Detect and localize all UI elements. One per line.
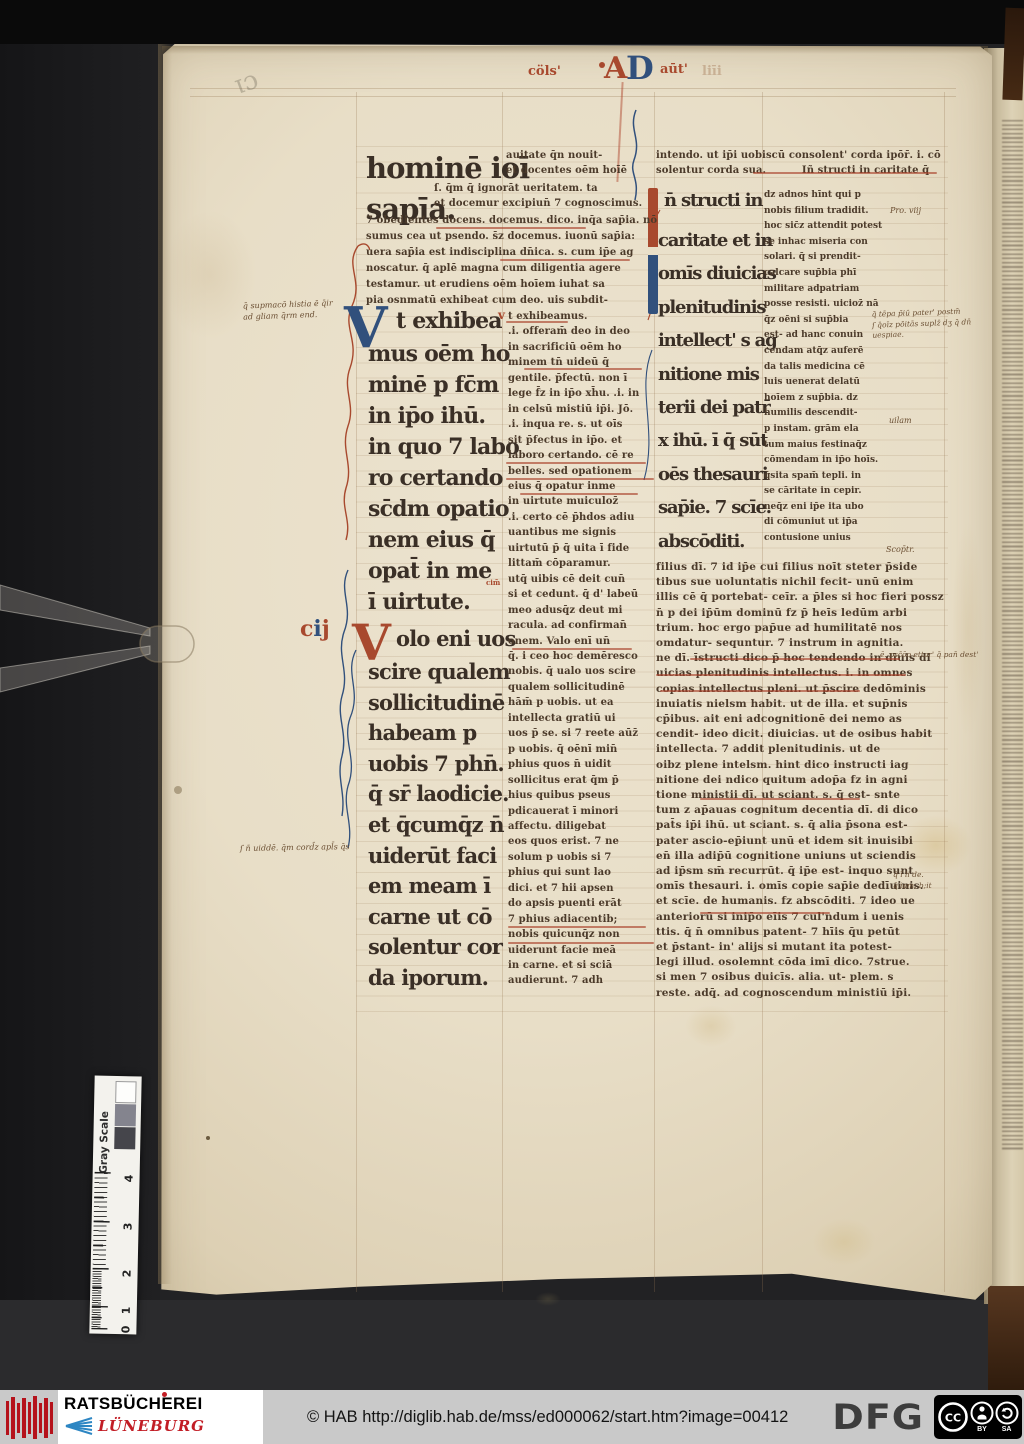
text-line: est- ad hanc conuin <box>764 328 882 344</box>
library-logo-box: RATSBÜCHEREI LÜNEBURG <box>58 1390 263 1444</box>
text-line: scire qualem <box>368 657 510 688</box>
margin-note-right-3: uilam <box>889 416 912 427</box>
text-line: et p̄stant- in' alijs si mutant ita pote… <box>656 940 944 955</box>
book-bars-icon <box>4 1393 58 1441</box>
running-title-right: aūt' <box>660 62 688 77</box>
red-underline <box>508 926 646 928</box>
text-line: caritate et in <box>658 224 777 257</box>
stain <box>535 1292 561 1306</box>
red-underline <box>700 912 830 914</box>
text-line: inuiatis nielsm habit. ut de illa. et su… <box>656 697 944 712</box>
text-line: q̄. i ceo hoc demēresco <box>508 649 639 664</box>
bible-line-first: t exhibea <box>396 308 502 334</box>
text-line: contusione unius <box>764 531 882 547</box>
text-line: em meam ī <box>368 871 510 902</box>
dfg-logo: DFG <box>832 1397 924 1437</box>
page-top-edge-shadow <box>162 46 988 54</box>
text-line: sc̄dm opatio <box>368 494 519 525</box>
text-line: p instam. grām ela <box>764 422 882 438</box>
text-line: hām̄ p uobis. ut ea <box>508 695 639 710</box>
text-line: sumus cea ut psendo. s̄z docemus. iuonū … <box>366 229 657 245</box>
text-line: et docentes oēm hoīē <box>506 163 627 178</box>
text-line: sollicitus erat q̄m p̄ <box>508 773 639 788</box>
text-line: nitione mis <box>658 358 777 391</box>
bible-line-first-2: olo eni uos <box>396 626 516 651</box>
red-underline <box>700 798 860 800</box>
gloss-top-b: ſ. q̄m q̄ ignorāt ueritatem. taet docemu… <box>434 181 642 212</box>
text-line: cendit- ideo dicit. diuicias. ut de osib… <box>656 727 944 742</box>
gloss-top-a: auitate q̄n nouit-et docentes oēm hoīē <box>506 148 627 179</box>
text-line: phius quos n̄ uidit <box>508 757 639 772</box>
facing-page-text-edge <box>1002 120 1023 1150</box>
book-fan-icon <box>64 1415 94 1437</box>
text-line: intellect' s ag <box>658 324 777 357</box>
text-line: tum maius festinaq̄z <box>764 438 882 454</box>
text-line: et docemur excipiun̄ 7 cognoscimus. <box>434 196 642 211</box>
text-line: uiderunt facie meā <box>508 943 639 958</box>
attribution-text: © HAB http://diglib.hab.de/mss/ed000062/… <box>263 1408 832 1427</box>
bible-text-volo: scire qualemsollicitudinēhabeam puobis 7… <box>368 657 510 994</box>
grayscale-ruler: Gray Scale 4 3 2 1 0 <box>89 1076 141 1335</box>
cc-by-label: BY <box>977 1426 987 1433</box>
stain <box>952 520 984 740</box>
text-line: .i. inqua re. s. ut oīs <box>508 417 639 432</box>
text-line: qualem sollicitudinē <box>508 680 639 695</box>
text-line: oibz plene intelsm. hint dico instructi … <box>656 758 944 773</box>
bible-text-instructi: caritate et inomīs diuiciasplenitudinisi… <box>658 224 777 558</box>
gloss-right-narrow-column: dz adnos hīnt qui pnobis filium tradidit… <box>764 188 882 547</box>
text-line: tibus sue uoluntatis nichil fecit- unū e… <box>656 575 944 590</box>
text-line: .i. certo cē p̄hdos adiu <box>508 510 639 525</box>
red-underline <box>500 259 630 261</box>
cc-sa-icon: SA <box>995 1401 1019 1433</box>
stain <box>812 1218 876 1266</box>
margin-note-right-5: ē. psc̄ōo ettar' q̄ pan̄ dest' <box>880 650 978 661</box>
chapter-letter: c <box>300 616 313 642</box>
text-line: omīs diuicias <box>658 257 777 290</box>
margin-note-right-2: q̄ tēpa p̄iū pater' postm̄ſ q̄oīz pōitās… <box>871 306 971 341</box>
cc-license-box: CC BY SA <box>934 1395 1022 1439</box>
text-line: luis uenerat delatū <box>764 375 882 391</box>
book-corner-top-right <box>1002 8 1024 101</box>
text-line: in uirtute muiculoz̄ <box>508 494 639 509</box>
ruler-major-ticks <box>89 1076 141 1335</box>
text-line: et q̄cumq̄z n̄ <box>368 810 510 841</box>
text-line: testamur. ut erudiens oēm hoīem iuhat sa <box>366 277 657 293</box>
text-line: racula. ad confirman̄ <box>508 618 639 633</box>
ruler-number: 1 <box>120 1306 133 1314</box>
cc-sa-label: SA <box>1002 1426 1012 1433</box>
red-underline <box>506 321 568 323</box>
text-line: auitate q̄n nouit- <box>506 148 627 163</box>
text-line: posse resisti. uicioz̄ nā <box>764 297 882 313</box>
stain <box>685 1005 737 1047</box>
text-line: si men 7 osibus duicīs. alia. ut- plem. … <box>656 970 944 985</box>
header-red-dot <box>599 62 605 68</box>
header-rule <box>190 88 956 89</box>
text-line: se cāritate in cepir. <box>764 484 882 500</box>
red-underline <box>520 493 638 495</box>
text-line: hoc sic̄z attendit potest <box>764 219 882 235</box>
ink-speck <box>206 1136 210 1140</box>
screenshot-root: cı cöls' A D aūt' liīi hominē ioīsapīa. … <box>0 0 1024 1444</box>
text-line: pdicauerat ī minori <box>508 804 639 819</box>
text-line: q̄ ī li de. <box>893 870 932 881</box>
text-line: mus oēm ho <box>368 339 519 370</box>
text-line: dz adnos hīnt qui p <box>764 188 882 204</box>
text-line: sap̄ie. 7 scīe. <box>658 491 777 524</box>
text-line: in sacrificiū oēm ho <box>508 340 639 355</box>
red-underline <box>660 690 860 692</box>
pen-flourish-left-2 <box>340 640 370 860</box>
text-line: uirtutū p̄ q̄ uita ī fide <box>508 541 639 556</box>
bible-line-first-3: n̄ structi in <box>664 190 762 211</box>
column-rule <box>944 92 945 1292</box>
text-line: .i. offeram̄ deo in deo <box>508 324 639 339</box>
text-line: gentile. p̄fectū. non ī <box>508 371 639 386</box>
photo-bottom-background <box>0 1300 1024 1392</box>
text-line: calcare sup̄bia phī <box>764 266 882 282</box>
text-line: onem. Valo enī un̄ <box>508 634 639 649</box>
text-line: do apsis puenti erāt <box>508 896 639 911</box>
ruler-number: 4 <box>122 1174 135 1182</box>
footer-bar: RATSBÜCHEREI LÜNEBURG © HAB http://digli… <box>0 1390 1024 1444</box>
text-line: ttis. q̄ n̄ omnibus patent- 7 hīis q̄u p… <box>656 925 944 940</box>
page-clamp <box>0 540 220 700</box>
red-underline <box>753 172 937 174</box>
running-title-initial-a: A <box>604 54 627 84</box>
library-logo: RATSBÜCHEREI LÜNEBURG <box>0 1390 263 1444</box>
text-line: neq̄z eni ip̄e ita ubo <box>764 500 882 516</box>
book-corner-bottom-right <box>988 1286 1024 1392</box>
text-line: intellecta gratiū ui <box>508 711 639 726</box>
running-title-left: cöls' <box>528 64 561 79</box>
text-line: ſ. q̄m q̄ ignorāt ueritatem. ta <box>434 181 642 196</box>
red-underline <box>506 478 654 480</box>
text-line: cōmendam in ip̄o hoīs. <box>764 453 882 469</box>
text-line: intellecta. 7 addit plenitudinis. ut de <box>656 742 944 757</box>
text-line: pat̄s ip̄i ihū. ut sciant. s. q̄ alia p̄… <box>656 818 944 833</box>
text-line: eos quos erist. 7 ne <box>508 834 639 849</box>
text-line: cp̄ibus. ait eni adcognitionē dei nemo a… <box>656 712 944 727</box>
text-line: legi illud. osolemnt cōda imī dico. 7str… <box>656 955 944 970</box>
text-line: x ihū. ī q̄ sūt <box>658 424 777 457</box>
text-line: lege f̄z in ip̄o xh̄u. .i. in <box>508 386 639 401</box>
text-line: minē p fc̄m <box>368 370 519 401</box>
chapter-letter: i <box>313 616 321 642</box>
text-line: pater ascio-ep̄iunt unū et idem sit inui… <box>656 834 944 849</box>
text-line: q̄ iam. b;it <box>893 881 932 892</box>
library-name: RATSBÜCHEREI <box>64 1394 257 1414</box>
margin-note-pro-viij: Pro. viij <box>890 206 921 217</box>
text-line: in celsū mistiū ip̄i. Jō. <box>508 402 639 417</box>
red-underline <box>512 648 632 650</box>
text-line: q̄ sr̄ laodicie. <box>368 779 510 810</box>
text-line: hoīem z sup̄bia. dz <box>764 391 882 407</box>
text-line: noscatur. q̄ aplē magna cum diligentia a… <box>366 261 657 277</box>
text-line: omdatur- sequntur. 7 instrum in agnitia. <box>656 636 944 651</box>
text-line: nobis filium tradidit. <box>764 204 882 220</box>
chapter-marker: cij <box>300 616 330 642</box>
text-line: ro certando <box>368 463 519 494</box>
text-line: solari. q̄ si prendit- <box>764 250 882 266</box>
text-line: uantibus me signis <box>508 525 639 540</box>
running-title-initial-d: D <box>626 52 654 84</box>
text-line: nobis. q̄ ualo uos scire <box>508 664 639 679</box>
text-line: solum p uobis si 7 <box>508 850 639 865</box>
text-line: humilis descendit- <box>764 406 882 422</box>
text-line: utq̄ uibis cē deit cun̄ <box>508 572 639 587</box>
text-line: illis cē q̄ portebat- ceīr. a p̄les si h… <box>656 590 944 605</box>
text-line: affectu. diligebat <box>508 819 639 834</box>
text-line: si et cedunt. q̄ d' labeū <box>508 587 639 602</box>
ruler-number: 0 <box>119 1325 132 1333</box>
text-line: n̄ p dei ip̄ūm dominū fz p̄ heīs ledūm a… <box>656 606 944 621</box>
text-line: littam̄ cōparamur. <box>508 556 639 571</box>
text-line: da iporum. <box>368 963 510 994</box>
text-line: abscōditi. <box>658 525 777 558</box>
text-line: p uobis. q̄ oēnī min̄ <box>508 742 639 757</box>
svg-text:CC: CC <box>945 1412 961 1425</box>
text-line: tum z ap̄auas cognitum decentia dī. di d… <box>656 803 944 818</box>
text-line: da talis medicina cē <box>764 360 882 376</box>
text-line: in carne. et si sciā <box>508 958 639 973</box>
red-underline <box>508 942 654 944</box>
cc-icon: CC <box>937 1401 969 1433</box>
text-line: cendam atq̄z auferē <box>764 344 882 360</box>
text-line: nitione dei ndico quitum adop̄a fz in ag… <box>656 773 944 788</box>
red-underline <box>506 462 646 464</box>
text-line: sollicitudinē <box>368 688 510 719</box>
margin-note-left-2: ſ n̄ uiddē. q̄m cord̄z apl̄s q̄s <box>240 842 350 854</box>
text-line: phius qui sunt lao <box>508 865 639 880</box>
logo-red-dot <box>162 1392 167 1397</box>
text-line: en̄ illa adip̄ū cognitione uniuns ut sci… <box>656 849 944 864</box>
margin-note-left-1: q̄ supmacō histia ē q̄irad gliam q̄rm en… <box>243 298 334 322</box>
library-city: LÜNEBURG <box>98 1417 205 1435</box>
bible-text-ut-exhibeamus: mus oēm hominē p fc̄min ip̄o ihū.in quo … <box>368 339 519 618</box>
text-line: carne ut cō <box>368 902 510 933</box>
text-line: in ip̄o ihū. <box>368 401 519 432</box>
text-line: audierunt. 7 adh <box>508 973 639 988</box>
text-line: dici. et 7 hii apsen <box>508 881 639 896</box>
red-underline <box>524 368 642 370</box>
text-line: terii dei patr̄ <box>658 391 777 424</box>
gloss-right-top: intendo. ut ip̄i uobiscū consolent' cord… <box>656 148 941 179</box>
running-title-faint: liīi <box>702 64 722 79</box>
margin-note-mid-red: cim̃ <box>486 578 500 587</box>
text-line: pia osnmatū exhibeat cum deo. uis subdit… <box>366 293 657 309</box>
red-underline <box>436 227 586 229</box>
text-line: meo adusq̄z deut mi <box>508 603 639 618</box>
gloss-right-wide-block: filius dī. 7 id ip̄e cui filius noīt ste… <box>656 560 944 1001</box>
text-line: intendo. ut ip̄i uobiscū consolent' cord… <box>656 148 941 163</box>
text-line: habeam p <box>368 718 510 749</box>
header-rule <box>190 96 956 97</box>
text-line: nobis quicunq̄z non <box>508 927 639 942</box>
text-line: filius dī. 7 id ip̄e cui filius noīt ste… <box>656 560 944 575</box>
text-line: uiderūt faci <box>368 841 510 872</box>
chapter-letter: j <box>322 616 330 642</box>
ink-speck <box>174 786 182 794</box>
photo-top-band <box>0 0 1024 44</box>
text-line: solentur cor <box>368 932 510 963</box>
ruler-number: 3 <box>121 1222 134 1230</box>
red-underline <box>690 658 900 660</box>
text-line: uobis 7 phn̄. <box>368 749 510 780</box>
text-line: reste. adq̄. ad cognoscendum ministiū ip… <box>656 986 944 1001</box>
red-underline <box>656 674 906 676</box>
text-line: 7 phius adiacentib; <box>508 912 639 927</box>
text-line: uos p̄ se. si 7 reete aūz̄ <box>508 726 639 741</box>
text-line: in quo 7 labo <box>368 432 519 463</box>
text-line: militare adpatriam <box>764 282 882 298</box>
text-line: belles. sed opationem <box>508 464 639 479</box>
text-line: plenitudinis <box>658 291 777 324</box>
text-line: et scīe. de humanis. fz abscōditi. 7 ide… <box>656 894 944 909</box>
text-line: trium. hoc ergo pap̄ue ad humilitatē nos <box>656 621 944 636</box>
ruler-number: 2 <box>120 1269 133 1277</box>
text-line: sit p̄fectus in ip̄o. et <box>508 433 639 448</box>
margin-note-right-4: Scop̄tr. <box>886 545 915 556</box>
text-line: q̄sita spam̄ tepli. in <box>764 469 882 485</box>
cc-by-icon: BY <box>970 1401 994 1433</box>
text-line: hius quibus pseus <box>508 788 639 803</box>
text-line: se inhac miseria con <box>764 235 882 251</box>
text-line: q̄z oēni si sup̄bia <box>764 313 882 329</box>
text-line: tione ministii dī. ut sciant. s. q̄ est-… <box>656 788 944 803</box>
lemma-mark: v <box>498 308 505 322</box>
margin-note-right-6: q̄ ī li de.q̄ iam. b;it <box>893 870 932 891</box>
text-line: di cōmuniut ut ip̄a <box>764 515 882 531</box>
text-line: oēs thesauri <box>658 458 777 491</box>
text-line: nem eius q̄ <box>368 525 519 556</box>
